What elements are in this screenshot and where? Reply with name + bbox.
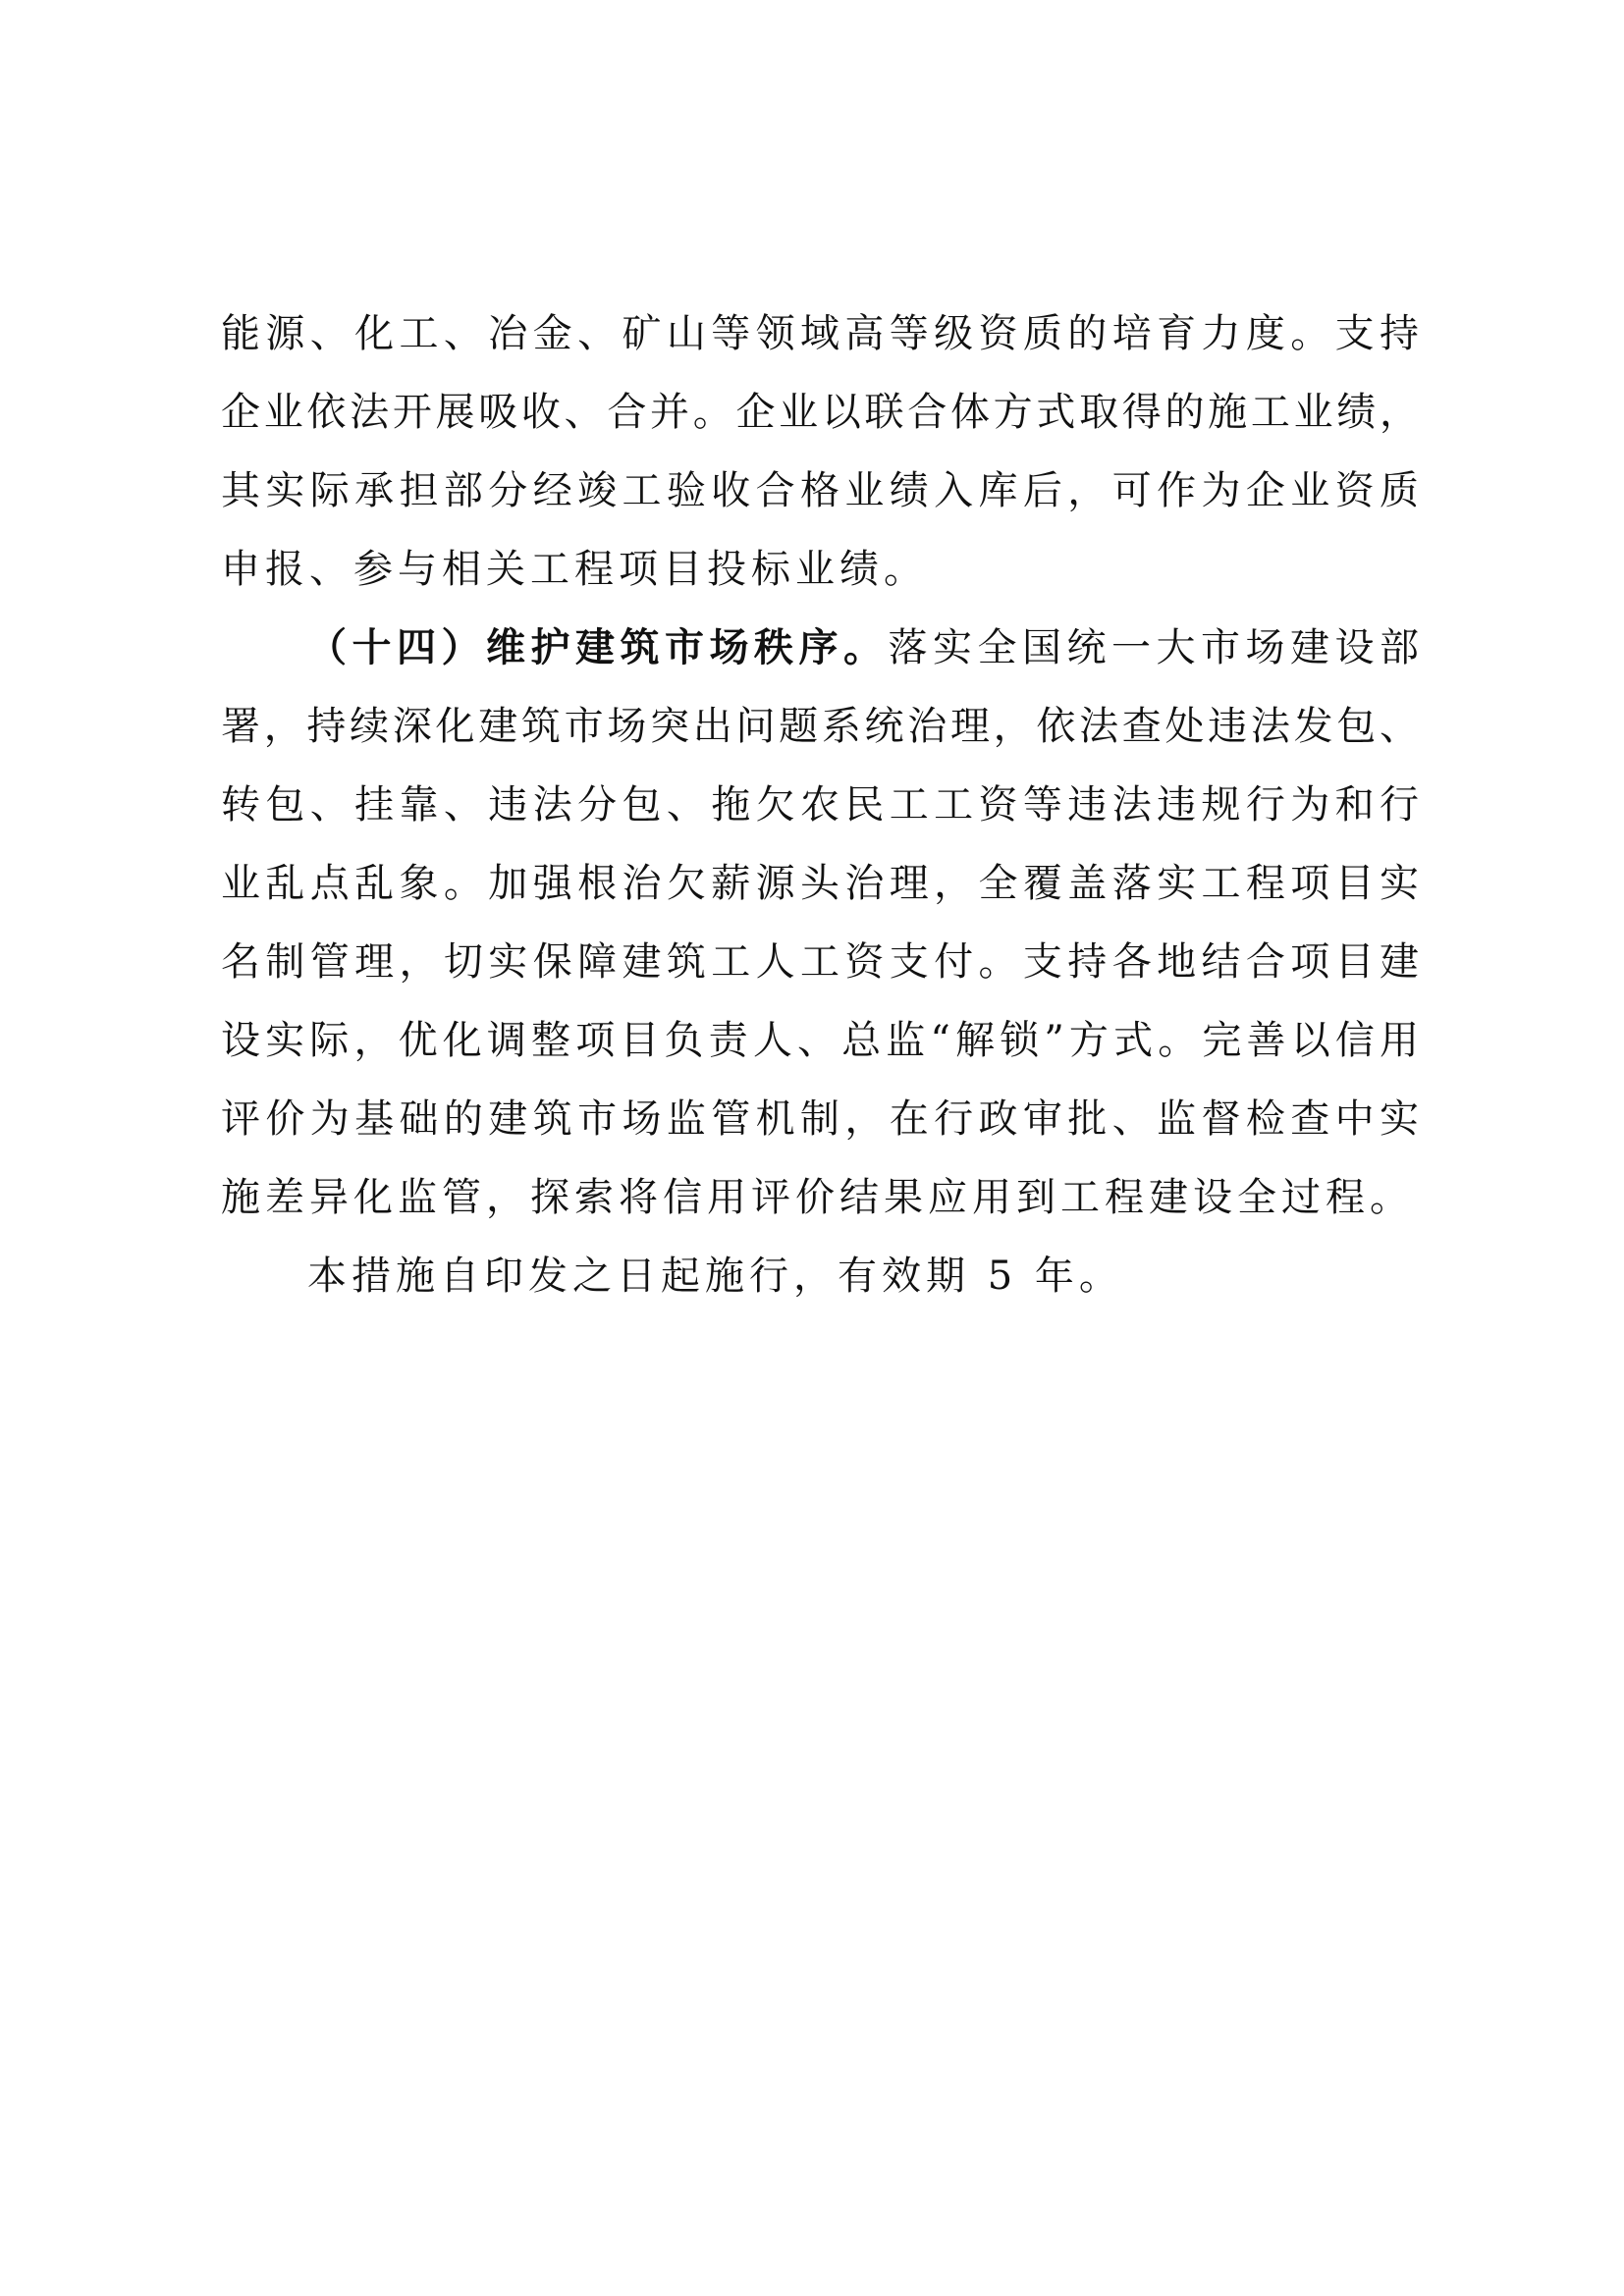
text-line: 设实际，优化调整项目负责人、总监“解锁”方式。完善以信用 (221, 1007, 1419, 1086)
text-line: 评价为基础的建筑市场监管机制，在行政审批、监督检查中实 (221, 1086, 1419, 1164)
text-line: 其实际承担部分经竣工验收合格业绩入库后，可作为企业资质 (221, 457, 1419, 536)
paragraph-qualification-continuation: 能源、化工、冶金、矿山等领域高等级资质的培育力度。支持 企业依法开展吸收、合并。… (221, 300, 1419, 614)
text-line: 名制管理，切实保障建筑工人工资支付。支持各地结合项目建 (221, 929, 1419, 1007)
text-line: 企业依法开展吸收、合并。企业以联合体方式取得的施工业绩， (221, 379, 1419, 457)
text-line: 施差异化监管，探索将信用评价结果应用到工程建设全过程。 (221, 1164, 1419, 1243)
text-line: 署，持续深化建筑市场突出问题系统治理，依法查处违法发包、 (221, 693, 1419, 772)
paragraph-effective-date: 本措施自印发之日起施行，有效期 5 年。 (221, 1243, 1419, 1321)
text-line: 业乱点乱象。加强根治欠薪源头治理，全覆盖落实工程项目实 (221, 850, 1419, 929)
document-page: 能源、化工、冶金、矿山等领域高等级资质的培育力度。支持 企业依法开展吸收、合并。… (221, 300, 1419, 1321)
text-line: 本措施自印发之日起施行，有效期 5 年。 (221, 1243, 1419, 1321)
text-line: 转包、挂靠、违法分包、拖欠农民工工资等违法违规行为和行 (221, 772, 1419, 850)
heading-line-rest: 落实全国统一大市场建设部 (889, 625, 1420, 670)
paragraph-item-14-market-order: （十四）维护建筑市场秩序。落实全国统一大市场建设部 署，持续深化建筑市场突出问题… (221, 614, 1419, 1243)
section-heading: （十四）维护建筑市场秩序。 (307, 624, 889, 670)
text-line: 能源、化工、冶金、矿山等领域高等级资质的培育力度。支持 (221, 300, 1419, 379)
text-line-with-heading: （十四）维护建筑市场秩序。落实全国统一大市场建设部 (221, 614, 1419, 693)
text-line: 申报、参与相关工程项目投标业绩。 (221, 536, 1419, 614)
